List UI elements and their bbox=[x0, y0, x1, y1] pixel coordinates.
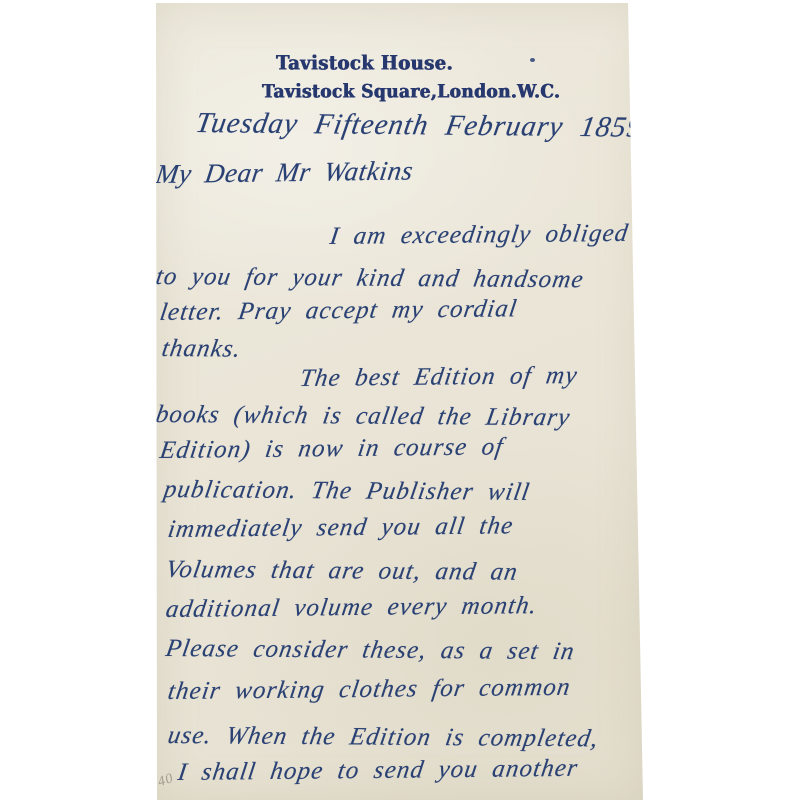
body-line: I shall hope to send you another bbox=[176, 755, 580, 787]
body-line: The best Edition of my bbox=[298, 362, 580, 393]
photo-background: Tavistock House. Tavistock Square,London… bbox=[0, 0, 800, 800]
body-line: publication. The Publisher will bbox=[162, 476, 532, 507]
pencil-note: 40 bbox=[156, 771, 176, 791]
date-line: Tuesday Fifteenth February 1859. bbox=[193, 107, 653, 145]
body-line: Edition) is now in course of bbox=[158, 433, 506, 465]
letterhead-line-1: Tavistock House. bbox=[276, 52, 453, 75]
body-line: use. When the Edition is completed, bbox=[166, 722, 601, 753]
body-line: their working clothes for common bbox=[166, 674, 573, 706]
body-line: books (which is called the Library bbox=[154, 401, 573, 432]
body-line: Please consider these, as a set in bbox=[164, 635, 577, 666]
ink-blot bbox=[530, 58, 535, 62]
body-line: to you for your kind and handsome bbox=[154, 263, 586, 294]
body-line: Volumes that are out, and an bbox=[164, 556, 521, 587]
body-line: letter. Pray accept my cordial bbox=[158, 295, 519, 327]
body-line: I am exceedingly obliged bbox=[328, 220, 631, 251]
letter-sheet: Tavistock House. Tavistock Square,London… bbox=[154, 3, 643, 800]
body-line: thanks. bbox=[160, 335, 244, 364]
salutation: My Dear Mr Watkins bbox=[154, 155, 416, 190]
body-line: additional volume every month. bbox=[164, 592, 539, 624]
body-line: immediately send you all the bbox=[166, 512, 516, 544]
letterhead-line-2: Tavistock Square,London.W.C. bbox=[262, 81, 560, 103]
